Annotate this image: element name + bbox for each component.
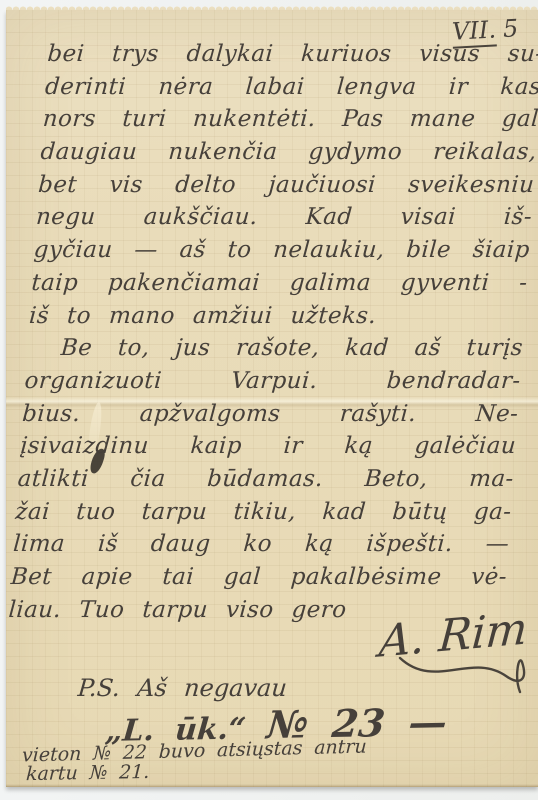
letter-line: negu aukščiau. Kad visai iš- — [35, 201, 533, 234]
postscript-line-4: kartu № 21. — [25, 761, 150, 785]
paper-bottom-edge — [6, 784, 538, 787]
letter-line: įsivaizdinu kaip ir ką galėčiau — [19, 430, 517, 463]
letter-line: Be to, jus rašote, kad aš turįs — [26, 332, 524, 365]
letter-line: bei trys dalykai kuriuos visus su- — [46, 38, 538, 71]
letter-line: bius. apžvalgoms rašyti. Ne- — [21, 398, 519, 431]
letter-line: Bet apie tai gal pakalbėsime vė- — [10, 561, 508, 594]
deckled-top-edge — [6, 3, 538, 10]
letter-page: VII.5 bei trys dalykai kuriuos visus su-… — [6, 10, 538, 787]
letter-line: derinti nėra labai lengva ir kas — [44, 71, 538, 104]
signature-flourish — [394, 650, 534, 696]
letter-body: bei trys dalykai kuriuos visus su- derin… — [7, 38, 538, 626]
letter-line: gyčiau — aš to nelaukiu, bile šiaip — [33, 234, 531, 267]
postscript-line-1: P.S. Aš negavau — [77, 674, 288, 702]
letter-line: organizuoti Varpui. bendradar- — [23, 365, 521, 398]
letter-line: daugiau nukenčia gydymo reikalas, — [39, 136, 537, 169]
letter-line: taip pakenčiamai galima gyventi - — [30, 267, 528, 300]
letter-line: bet vis delto jaučiuosi sveikesniu — [37, 169, 535, 202]
scanned-letter-background: VII.5 bei trys dalykai kuriuos visus su-… — [0, 0, 538, 800]
letter-line: žai tuo tarpu tikiu, kad būtų ga- — [14, 496, 512, 529]
letter-line: atlikti čia būdamas. Beto, ma- — [17, 463, 515, 496]
letter-line: iš to mano amžiui užteks. — [28, 300, 526, 333]
letter-line: nors turi nukentėti. Pas mane gal — [42, 103, 538, 136]
letter-line: lima iš daug ko ką išpešti. — — [12, 528, 510, 561]
